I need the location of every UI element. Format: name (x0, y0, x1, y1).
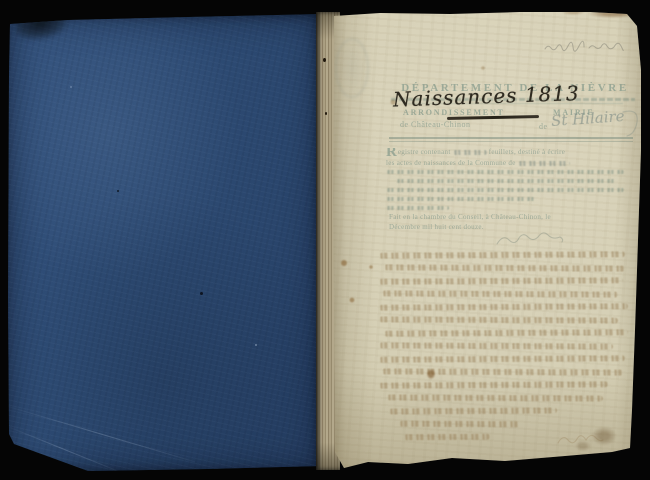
faded-handwriting-line (379, 381, 608, 388)
faded-handwriting-line (379, 355, 625, 363)
faded-print-line (386, 197, 536, 201)
faded-handwriting-line (384, 329, 628, 336)
faded-print-line (396, 179, 616, 183)
register-scan: DÉPARTEMENT DE LA NIÈVRE Naissances 1813… (0, 0, 650, 480)
handwritten-gap (453, 150, 487, 155)
faded-handwriting-line (382, 368, 623, 375)
faded-handwriting-block (379, 252, 633, 447)
handwritten-gap (518, 161, 570, 166)
faded-handwriting-line (389, 407, 557, 414)
register-intro-line: les actes de naissances de la Commune de (386, 159, 636, 168)
edge-speck (325, 112, 327, 115)
section-rule (389, 137, 633, 139)
faded-handwriting-line (379, 303, 628, 311)
faded-end-signature (555, 432, 605, 448)
flourish-curl (621, 108, 641, 140)
clerk-signature (493, 230, 567, 250)
cover-crease-line (8, 406, 195, 462)
faded-handwriting-line (404, 434, 490, 441)
register-blue-cover (8, 14, 322, 472)
register-intro-line: Registre contenant feuillets, destiné à … (386, 148, 636, 157)
cover-speck (200, 292, 203, 295)
arrondissement-value: de Château-Chinon (400, 120, 470, 129)
drop-cap: R (386, 148, 398, 157)
arrondissement-label: ARRONDISSEMENT (403, 108, 505, 117)
cover-speck (255, 344, 257, 346)
faded-handwriting-line (384, 264, 625, 271)
faded-handwriting-line (379, 342, 613, 349)
faded-print-line (386, 206, 449, 210)
faded-handwriting-line (399, 421, 521, 428)
faded-handwriting-line (379, 316, 618, 323)
mairie-de: de (539, 122, 548, 131)
faded-handwriting-line (379, 251, 625, 259)
register-title-page: DÉPARTEMENT DE LA NIÈVRE Naissances 1813… (333, 8, 642, 472)
pencil-annotation (543, 38, 629, 56)
edge-speck (323, 58, 326, 62)
faded-print-line (386, 188, 624, 192)
faded-handwriting-line (379, 277, 623, 284)
cover-speck (117, 190, 119, 192)
cover-speck (70, 86, 72, 88)
faded-handwriting-line (382, 290, 618, 297)
cover-corner-tear-mark (14, 10, 80, 48)
faded-handwriting-line (387, 394, 603, 401)
faded-stamp-impression (335, 38, 369, 98)
faded-print-line (386, 170, 624, 174)
section-rule-thin (389, 141, 633, 142)
register-intro-paragraph: Registre contenant feuillets, destiné à … (386, 148, 636, 215)
